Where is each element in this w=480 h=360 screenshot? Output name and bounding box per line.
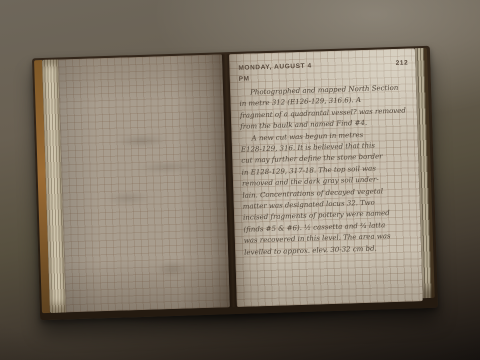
pencil-smudge [150,258,197,281]
entry-date: MONDAY, AUGUST 4 [238,63,312,72]
open-notebook: MONDAY, AUGUST 4 212 PM Photographed and… [32,46,438,320]
pencil-smudge [127,159,207,176]
page-number: 212 [396,59,409,66]
journal-text: Photographed and mapped North Section in… [239,82,414,258]
pencil-smudge [106,132,176,150]
entry-time: PM [239,70,409,82]
left-page-shading [58,54,230,312]
page-header: MONDAY, AUGUST 4 212 [238,59,408,71]
pencil-smudge [98,188,159,208]
right-page: MONDAY, AUGUST 4 212 PM Photographed and… [229,48,423,307]
left-page [58,54,230,312]
photo-scene: MONDAY, AUGUST 4 212 PM Photographed and… [0,0,480,360]
